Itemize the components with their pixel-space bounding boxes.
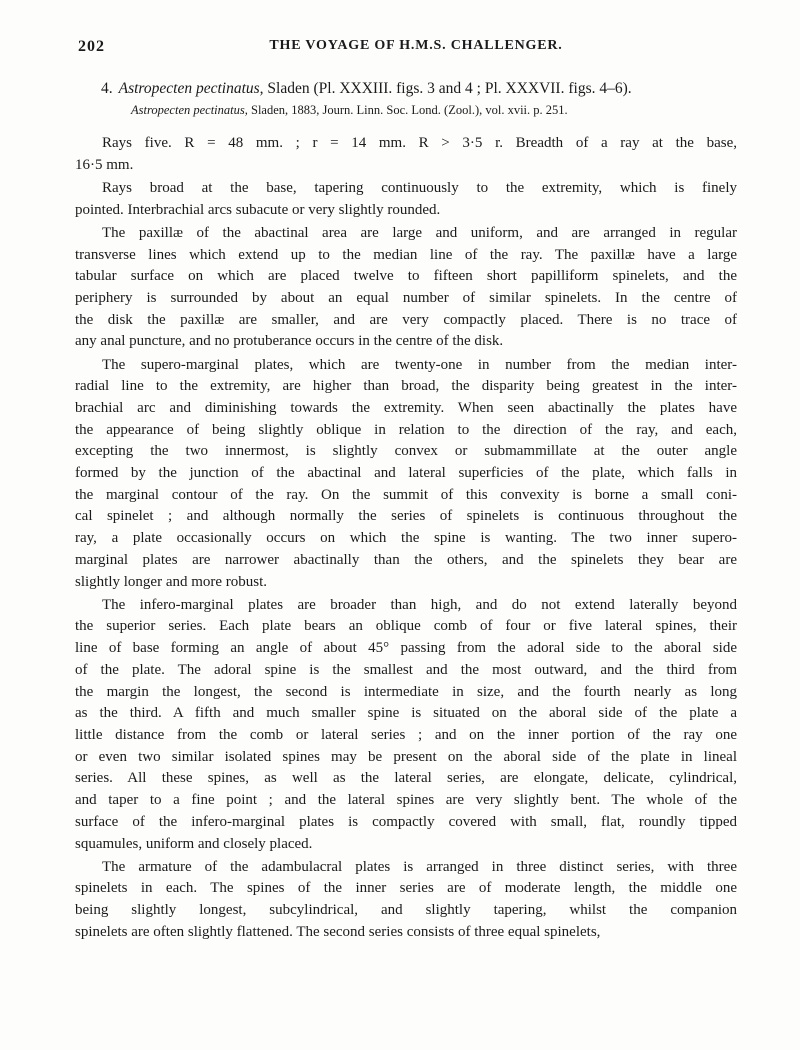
paragraph: The paxillæ of the abactinal area are la… — [75, 223, 737, 353]
paragraph: The armature of the adambulacral plates … — [75, 857, 737, 944]
text-line: brachial arc and diminishing towards the… — [75, 398, 737, 420]
species-number: 4. — [101, 80, 113, 97]
page-number: 202 — [78, 38, 105, 56]
text-line: radial line to the extremity, are higher… — [75, 376, 737, 398]
paragraph: Rays five. R = 48 mm. ; r = 14 mm. R > 3… — [75, 133, 737, 176]
text-line: or even two similar isolated spines may … — [75, 747, 737, 769]
text-line: being slightly longest, subcylindrical, … — [75, 900, 737, 922]
text-line: slightly longer and more robust. — [75, 572, 737, 594]
text-line: any anal puncture, and no protuberance o… — [75, 331, 737, 353]
running-title: THE VOYAGE OF H.M.S. CHALLENGER. — [75, 38, 737, 54]
text-line: tabular surface on which are placed twel… — [75, 266, 737, 288]
text-line: The supero-marginal plates, which are tw… — [75, 355, 737, 377]
text-line: excepting the two innermost, is slightly… — [75, 441, 737, 463]
text-line: spinelets in each. The spines of the inn… — [75, 878, 737, 900]
text-block: 4.Astropecten pectinatus, Sladen (Pl. XX… — [75, 80, 737, 945]
text-line: The armature of the adambulacral plates … — [75, 857, 737, 879]
paragraph: Rays broad at the base, tapering continu… — [75, 178, 737, 221]
text-line: little distance from the comb or lateral… — [75, 725, 737, 747]
book-page: 202 THE VOYAGE OF H.M.S. CHALLENGER. 4.A… — [0, 0, 800, 1050]
paragraph: The infero-marginal plates are broader t… — [75, 595, 737, 855]
text-line: the marginal contour of the ray. On the … — [75, 485, 737, 507]
text-line: the appearance of being slightly oblique… — [75, 420, 737, 442]
text-line: the disk the paxillæ are smaller, and ar… — [75, 310, 737, 332]
body-text: Rays five. R = 48 mm. ; r = 14 mm. R > 3… — [75, 133, 737, 944]
species-heading-rest: Sladen (Pl. XXXIII. figs. 3 and 4 ; Pl. … — [264, 80, 632, 97]
species-heading: 4.Astropecten pectinatus, Sladen (Pl. XX… — [75, 80, 737, 98]
running-head: 202 THE VOYAGE OF H.M.S. CHALLENGER. — [75, 38, 737, 60]
text-line: squamules, uniform and closely placed. — [75, 834, 737, 856]
text-line: periphery is surrounded by about an equa… — [75, 288, 737, 310]
synonymy-species-italic: Astropecten pectinatus, — [131, 103, 248, 117]
synonymy-citation: Astropecten pectinatus, Sladen, 1883, Jo… — [75, 103, 737, 118]
text-line: cal spinelet ; and although normally the… — [75, 506, 737, 528]
text-line: and taper to a fine point ; and the late… — [75, 790, 737, 812]
paragraph: The supero-marginal plates, which are tw… — [75, 355, 737, 594]
text-line: pointed. Interbrachial arcs subacute or … — [75, 200, 737, 222]
text-line: 16·5 mm. — [75, 155, 737, 177]
text-line: as the third. A fifth and much smaller s… — [75, 703, 737, 725]
text-line: marginal plates are narrower abactinally… — [75, 550, 737, 572]
text-line: surface of the infero-marginal plates is… — [75, 812, 737, 834]
text-line: the superior series. Each plate bears an… — [75, 616, 737, 638]
text-line: spinelets are often slightly flattened. … — [75, 922, 737, 944]
text-line: formed by the junction of the abactinal … — [75, 463, 737, 485]
species-name-italic: Astropecten pectinatus, — [119, 80, 264, 97]
text-line: ray, a plate occasionally occurs on whic… — [75, 528, 737, 550]
text-line: the margin the longest, the second is in… — [75, 682, 737, 704]
text-line: The infero-marginal plates are broader t… — [75, 595, 737, 617]
text-line: line of base forming an angle of about 4… — [75, 638, 737, 660]
text-line: transverse lines which extend up to the … — [75, 245, 737, 267]
synonymy-rest: Sladen, 1883, Journ. Linn. Soc. Lond. (Z… — [248, 103, 568, 117]
text-line: Rays broad at the base, tapering continu… — [75, 178, 737, 200]
text-line: Rays five. R = 48 mm. ; r = 14 mm. R > 3… — [75, 133, 737, 155]
text-line: The paxillæ of the abactinal area are la… — [75, 223, 737, 245]
text-line: of the plate. The adoral spine is the sm… — [75, 660, 737, 682]
text-line: series. All these spines, as well as the… — [75, 768, 737, 790]
